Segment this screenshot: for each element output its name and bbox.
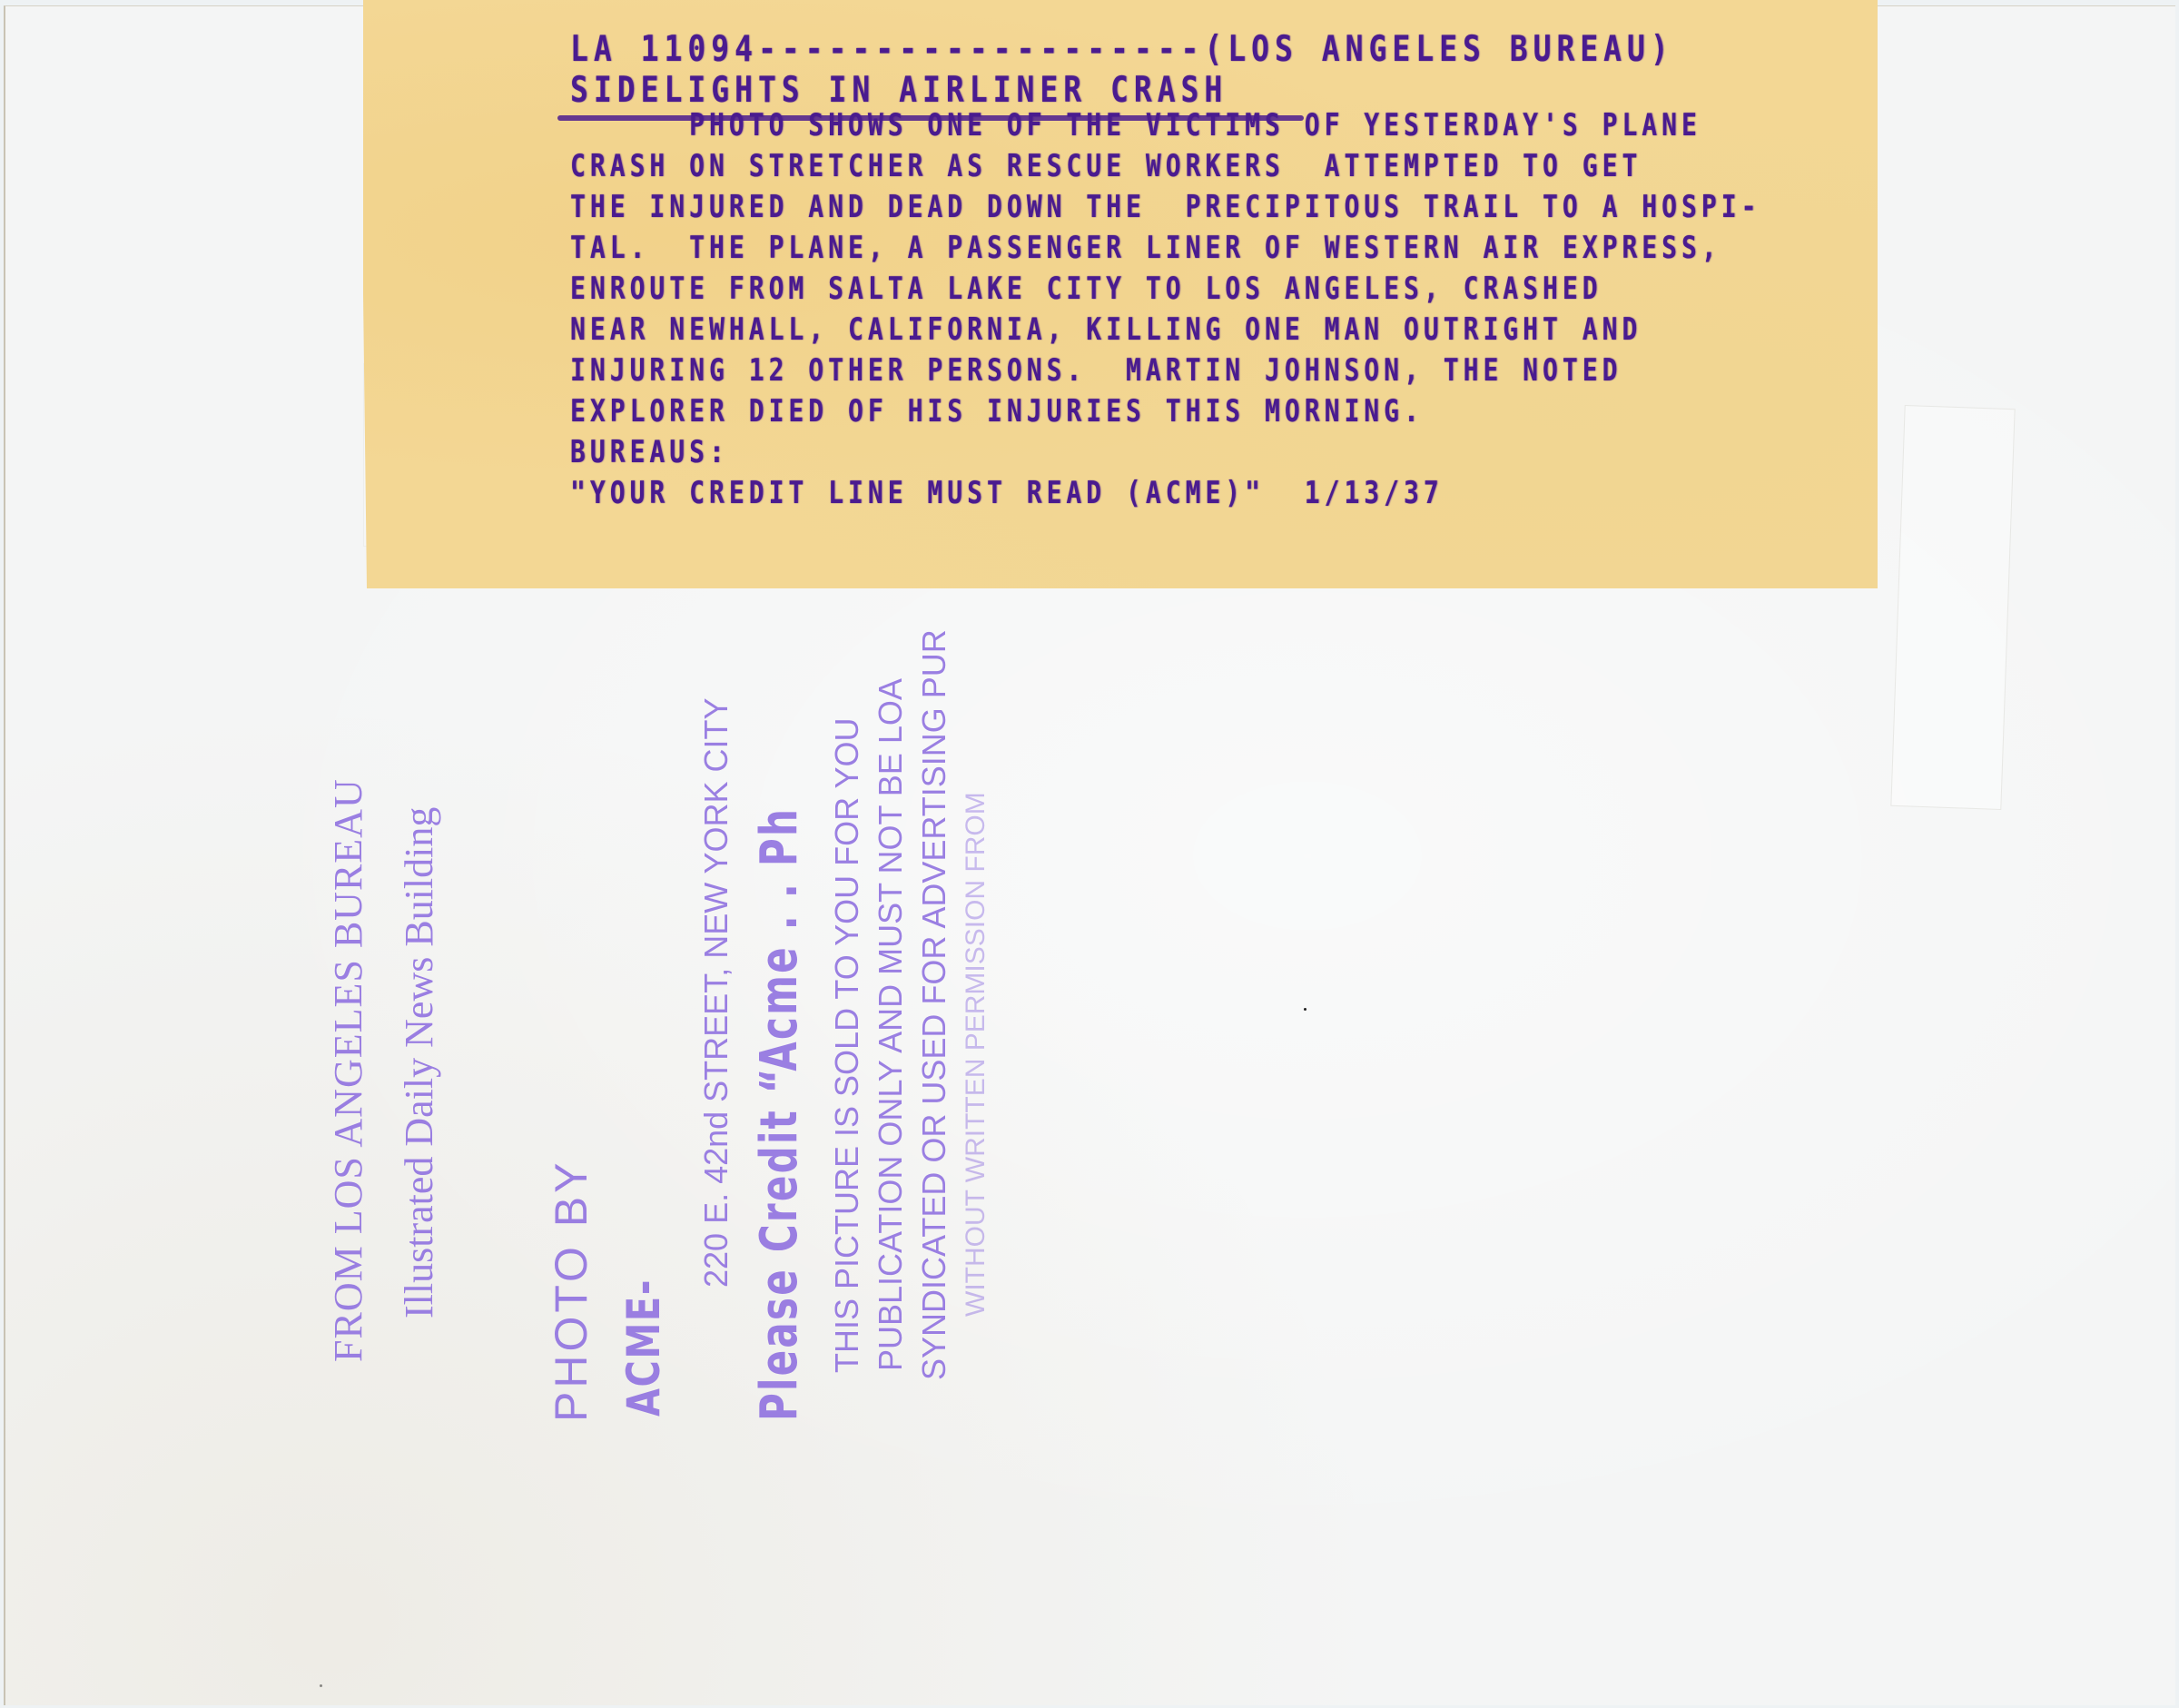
caption-body-line: INJURING 12 OTHER PERSONS. MARTIN JOHNSO… [570, 352, 1622, 389]
caption-body-line: TAL. THE PLANE, A PASSENGER LINER OF WES… [570, 230, 1721, 266]
caption-body-line: NEAR NEWHALL, CALIFORNIA, KILLING ONE MA… [570, 311, 1642, 348]
caption-body-line: EXPLORER DIED OF HIS INJURIES THIS MORNI… [570, 393, 1424, 429]
caption-headline: SIDELIGHTS IN AIRLINER CRASH [570, 68, 1228, 111]
tape-strip [1890, 405, 2015, 810]
credit-line: Please Credit “Acme . . Ph [750, 807, 809, 1421]
bureau-stamp-line1: FROM LOS ANGELES BUREAU [325, 778, 371, 1362]
caption-header-line: LA 11094-------------------(LOS ANGELES … [570, 27, 1674, 70]
caption-body-line: "YOUR CREDIT LINE MUST READ (ACME)" 1/13… [570, 475, 1444, 511]
credit-notice-line: SYNDICATED OR USED FOR ADVERTISING PUR [915, 629, 953, 1380]
credit-notice-line: PUBLICATION ONLY AND MUST NOT BE LOA [872, 678, 910, 1371]
caption-body-line: CRASH ON STRETCHER AS RESCUE WORKERS ATT… [570, 148, 1642, 184]
paper-speck [320, 1684, 322, 1687]
paper-speck [1304, 1008, 1306, 1011]
credit-notice-line: THIS PICTURE IS SOLD TO YOU FOR YOU [828, 718, 866, 1373]
caption-body-line: THE INJURED AND DEAD DOWN THE PRECIPITOU… [570, 189, 1760, 225]
caption-body-line: ENROUTE FROM SALTA LAKE CITY TO LOS ANGE… [570, 271, 1602, 307]
caption-body-line: BUREAUS: [570, 434, 729, 470]
credit-notice-line: WITHOUT WRITTEN PERMISSION FROM [961, 792, 991, 1317]
photo-by-label: PHOTO BY [545, 1160, 597, 1422]
photo-by-agency: ACME- [617, 1279, 670, 1417]
caption-body-line: PHOTO SHOWS ONE OF THE VICTIMS OF YESTER… [570, 107, 1701, 143]
photo-by-address: 220 E. 42nd STREET, NEW YORK CITY [697, 697, 735, 1288]
bureau-stamp-line2: Illustrated Daily News Building [396, 807, 442, 1318]
